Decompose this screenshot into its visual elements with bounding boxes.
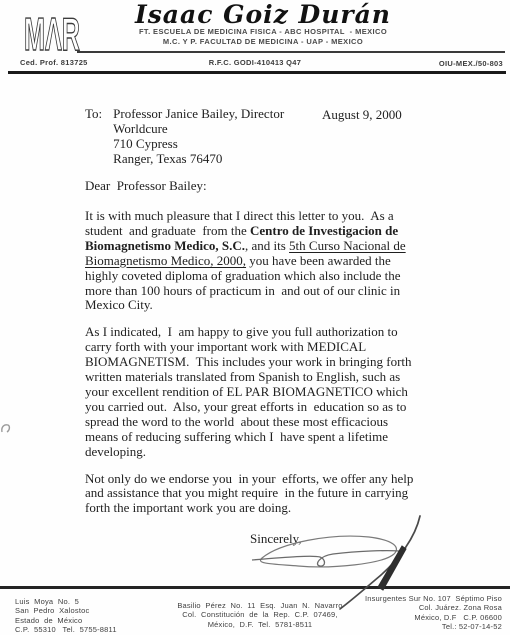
letter-body: It is with much pleasure that I direct t… <box>85 209 475 528</box>
to-label: To: <box>85 107 102 167</box>
recipient-address: Professor Janice Bailey, Director Worldc… <box>113 107 284 167</box>
letter-paragraph: As I indicated, I am happy to give you f… <box>85 325 475 459</box>
ced-prof: Ced. Prof. 813725 <box>20 58 88 67</box>
header-rule <box>8 71 506 74</box>
letter-paragraph: It is with much pleasure that I direct t… <box>85 209 475 313</box>
salutation: Dear Professor Bailey: <box>85 178 207 194</box>
footer-address-left: Luis Moya No. 5 San Pedro Xalostoc Estad… <box>15 597 117 634</box>
recipient-block: To: Professor Janice Bailey, Director Wo… <box>85 107 284 167</box>
signature <box>228 506 453 624</box>
registry-code: OIU-MEX./50-803 <box>439 59 503 68</box>
letterhead-info-row: Ced. Prof. 813725 R.F.C. GODI-410413 Q47… <box>0 58 510 70</box>
letter-date: August 9, 2000 <box>322 107 402 123</box>
rfc: R.F.C. GODI-410413 Q47 <box>130 58 380 67</box>
signature-loop <box>260 536 396 567</box>
scanned-letter-page: Isaac Goiz Durán FT. ESCUELA DE MEDICINA… <box>0 0 510 635</box>
signature-stroke <box>340 516 420 609</box>
signature-slash <box>378 546 406 590</box>
logo-baseline-rule <box>77 51 505 53</box>
scan-artifact <box>0 422 12 436</box>
paragraph-segment: As I indicated, I am happy to give you f… <box>85 324 412 458</box>
paragraph-segment: , and its <box>245 238 289 253</box>
mar-logo-text: MΛR <box>24 8 80 60</box>
